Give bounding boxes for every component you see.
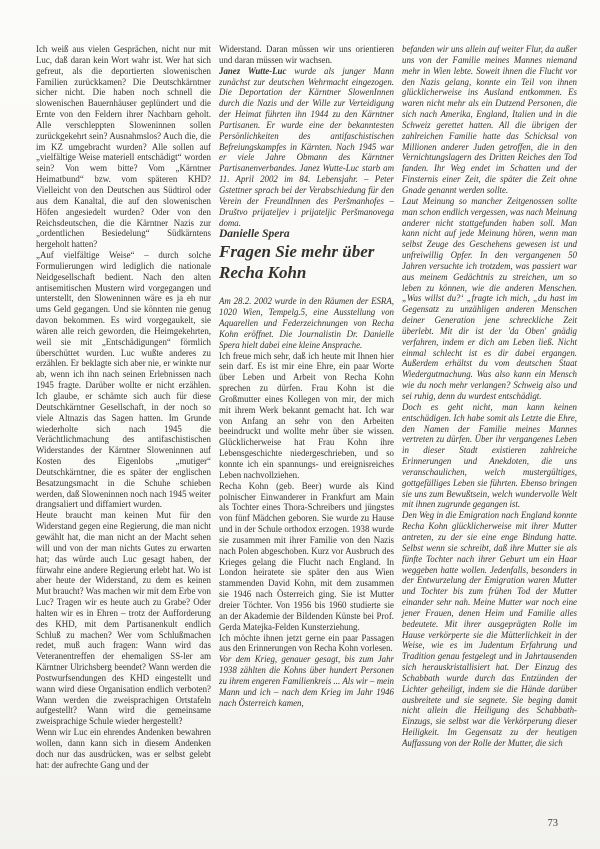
middle-column: Widerstand. Daran müssen wir uns orienti… — [219, 44, 394, 771]
obituary-name: Janez Wutte-Luc — [219, 66, 286, 76]
paragraph: Ich freue mich sehr, daß ich heute mit I… — [219, 351, 394, 481]
obituary-note: Janez Wutte-Luc wurde als junger Mann zu… — [219, 66, 394, 229]
paragraph: Recha Kohn (geb. Beer) wurde als Kind po… — [219, 481, 394, 633]
paragraph: „Auf vielfältige Weise“ – durch solche F… — [36, 250, 211, 510]
memoir-quote-opening: Vor dem Krieg, genauer gesagt, bis zum J… — [219, 654, 394, 708]
article-intro: Am 28.2. 2002 wurde in den Räumen der ES… — [219, 296, 394, 350]
article-author: Danielle Spera — [219, 228, 394, 241]
paragraph: Heute braucht man keinen Mut für den Wid… — [36, 510, 211, 727]
memoir-quote-paragraph: Laut Meinung so mancher Zeitgenossen sol… — [402, 196, 577, 402]
left-column: Ich weiß aus vielen Gesprächen, nicht nu… — [36, 44, 211, 771]
scanned-journal-page: Ich weiß aus vielen Gesprächen, nicht nu… — [0, 0, 600, 849]
paragraph: Ich weiß aus vielen Gesprächen, nicht nu… — [36, 44, 211, 250]
memoir-quote-paragraph: Den Weg in die Emigration nach England k… — [402, 510, 577, 749]
paragraph: Wenn wir Luc ein ehrendes Andenken bewah… — [36, 727, 211, 770]
article-title: Fragen Sie mehr über Recha Kohn — [219, 241, 394, 283]
text-columns: Ich weiß aus vielen Gesprächen, nicht nu… — [36, 44, 578, 771]
memoir-quote-paragraph: befanden wir uns allein auf weiter Flur,… — [402, 44, 577, 196]
right-column: befanden wir uns allein auf weiter Flur,… — [402, 44, 577, 771]
memoir-quote-paragraph: Doch es geht nicht, man kann keinen ents… — [402, 402, 577, 510]
page-number: 73 — [548, 818, 559, 829]
continuation-paragraph: Widerstand. Daran müssen wir uns orienti… — [219, 44, 394, 66]
obituary-text: wurde als junger Mann zunächst zur deuts… — [219, 66, 394, 228]
paragraph: Ich möchte ihnen jetzt gerne ein paar Pa… — [219, 633, 394, 655]
